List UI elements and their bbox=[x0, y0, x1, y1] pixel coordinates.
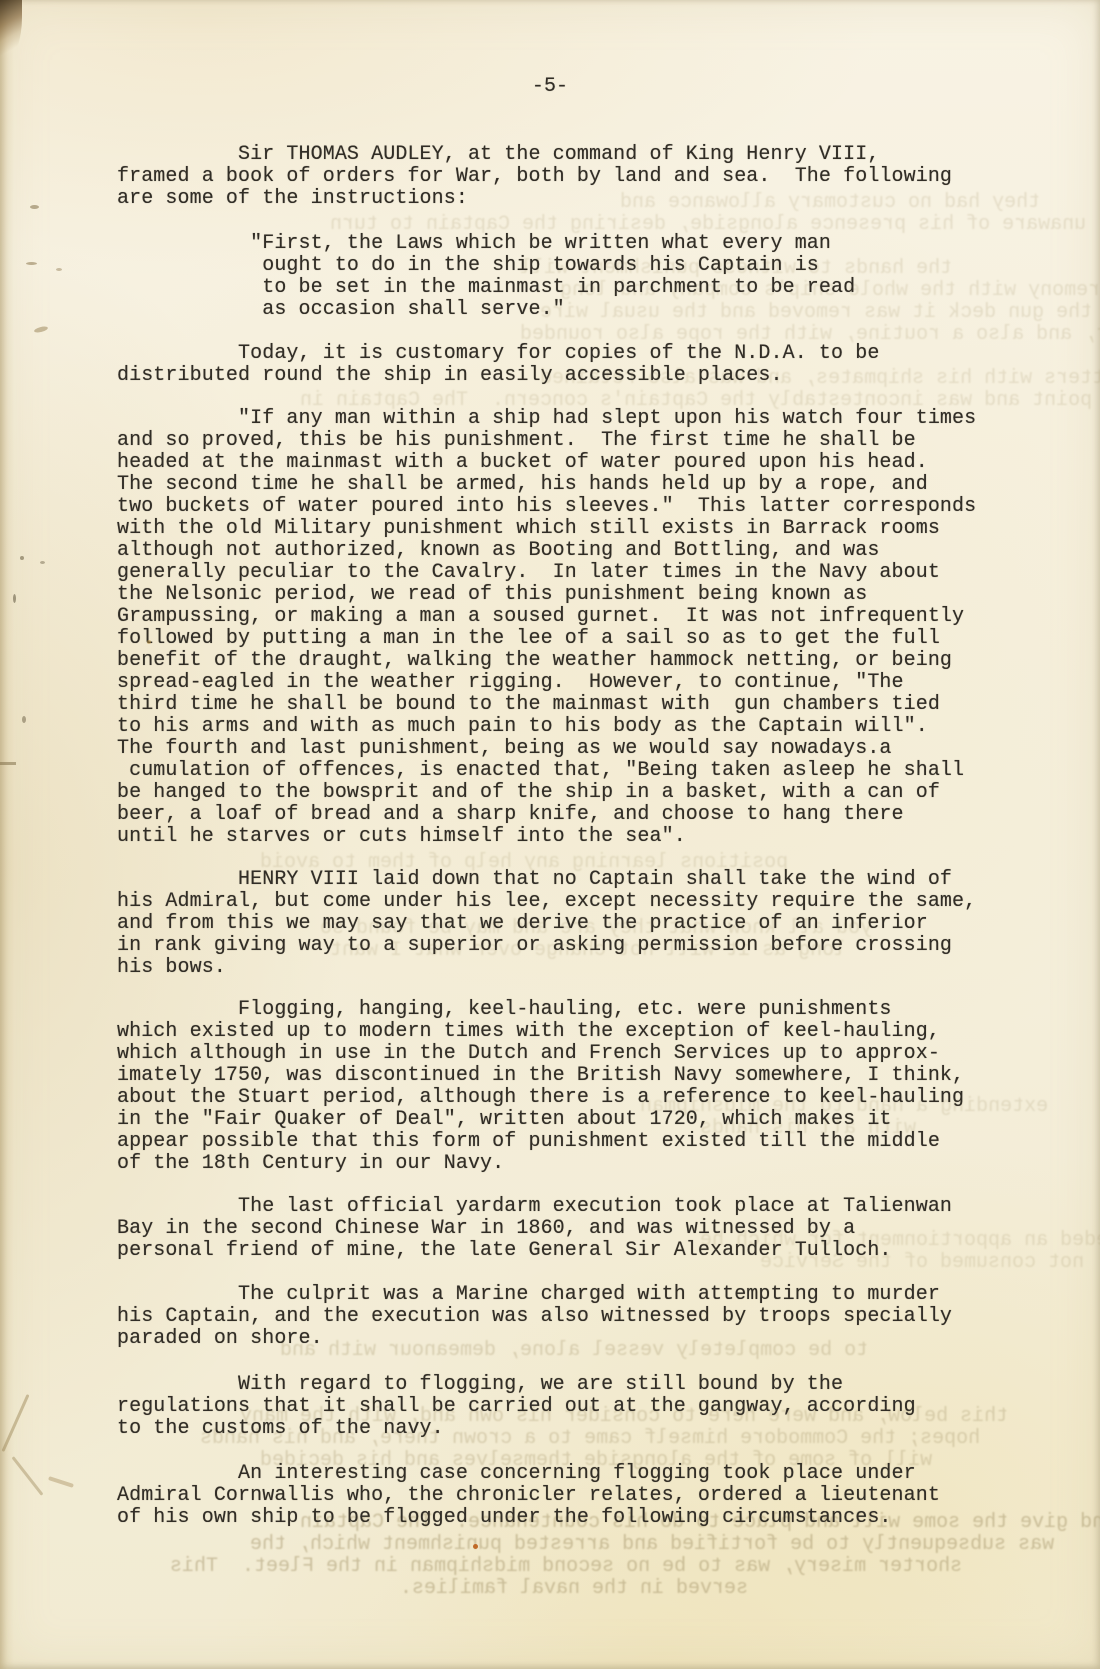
paragraph-flogging-keel-hauling: Flogging, hanging, keel-hauling, etc. we… bbox=[117, 999, 964, 1175]
paper-crease-mark bbox=[12, 1456, 44, 1496]
paper-speck bbox=[30, 205, 39, 209]
paragraph-henry-viii: HENRY VIII laid down that no Captain sha… bbox=[117, 869, 976, 979]
paper-speck bbox=[26, 262, 37, 265]
paragraph-cornwallis-case: An interesting case concerning flogging … bbox=[117, 1463, 940, 1529]
paper-speck bbox=[40, 561, 45, 564]
paragraph-yardarm-execution: The last official yardarm execution took… bbox=[117, 1196, 952, 1262]
paper-speck bbox=[22, 716, 26, 723]
paragraph-today-nda: Today, it is customary for copies of the… bbox=[117, 343, 879, 387]
paper-crease-mark bbox=[48, 1476, 74, 1488]
paragraph-sleeping-watch: "If any man within a ship had slept upon… bbox=[117, 408, 976, 848]
paragraph-intro: Sir THOMAS AUDLEY, at the command of Kin… bbox=[117, 144, 952, 210]
paper-speck bbox=[473, 1544, 478, 1549]
paragraph-blockquote-first-law: "First, the Laws which be written what e… bbox=[117, 233, 855, 321]
scan-corner-smudge bbox=[0, 0, 22, 58]
paper-crease-mark bbox=[0, 762, 16, 765]
paper-speck bbox=[147, 640, 151, 644]
paper-speck bbox=[34, 325, 49, 333]
paper-speck bbox=[20, 556, 24, 560]
bleedthrough-line: shorter misery, was to be no second mids… bbox=[170, 1556, 962, 1578]
bleedthrough-line: was subsequently to be fortified and arr… bbox=[250, 1534, 1054, 1556]
paper-speck bbox=[13, 594, 16, 603]
paragraph-culprit-marine: The culprit was a Marine charged with at… bbox=[117, 1284, 952, 1350]
paper-speck bbox=[56, 268, 62, 271]
bleedthrough-line: served in the naval families. bbox=[400, 1578, 748, 1600]
scan-left-edge-shading bbox=[0, 0, 14, 1669]
page-number: -5- bbox=[0, 76, 1100, 98]
paragraph-flogging-regulations: With regard to flogging, we are still bo… bbox=[117, 1374, 916, 1440]
scanned-typescript-page: they had no customary allowance and unaw… bbox=[0, 0, 1100, 1669]
